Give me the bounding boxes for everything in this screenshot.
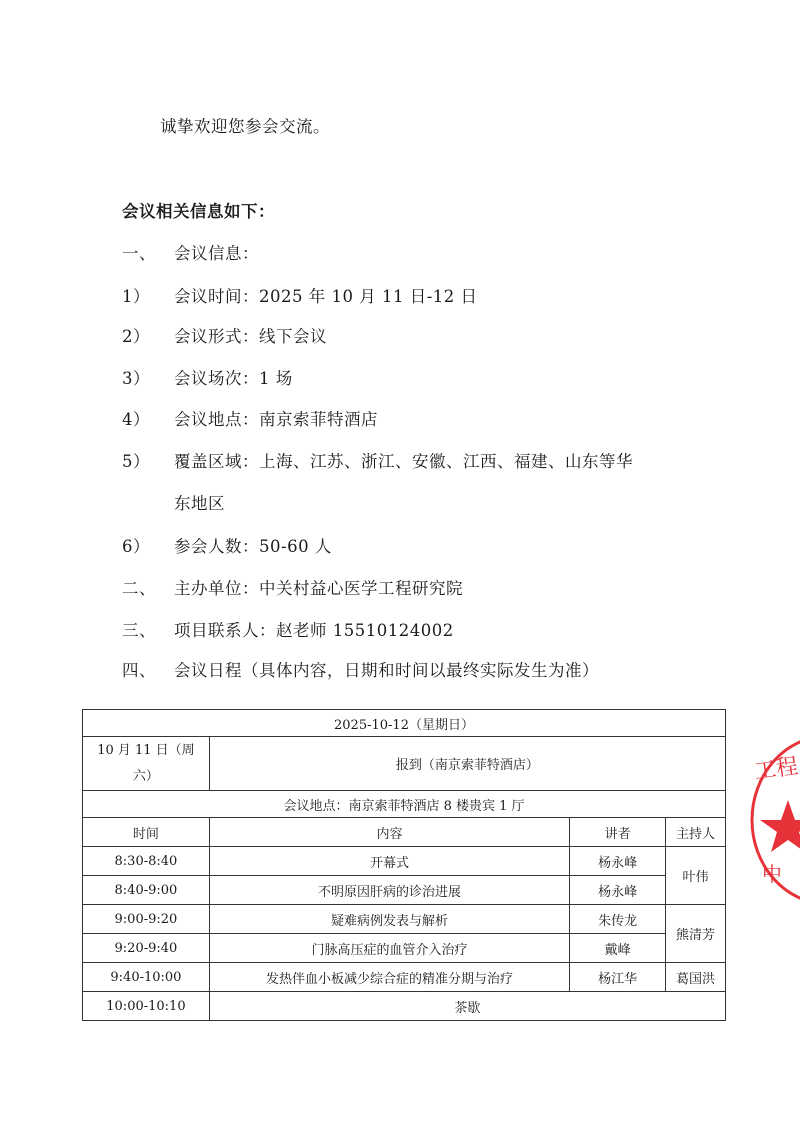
section-1: 一、会议信息： [122, 240, 259, 264]
section-number: 二、 [122, 575, 174, 599]
row-content: 不明原因肝病的诊治进展 [209, 876, 569, 905]
section-text: 会议日程（具体内容，日期和时间以最终实际发生为准） [174, 661, 599, 680]
section-2: 二、主办单位：中关村益心医学工程研究院 [122, 575, 463, 599]
row-content: 开幕式 [209, 847, 569, 876]
row-time: 9:20-9:40 [83, 934, 210, 963]
table-row: 8:40-9:00 不明原因肝病的诊治进展 杨永峰 [83, 876, 726, 905]
item-text: 参会人数：50-60 人 [174, 537, 332, 556]
column-header-speaker: 讲者 [570, 818, 666, 847]
info-item-5: 5）覆盖区域：上海、江苏、浙江、安徽、江西、福建、山东等华 [122, 448, 633, 472]
table-row: 9:20-9:40 门脉高压症的血管介入治疗 戴峰 [83, 934, 726, 963]
row-host: 葛国洪 [666, 963, 726, 992]
section-text: 项目联系人：赵老师 15510124002 [174, 621, 454, 640]
item-text: 会议地点：南京索菲特酒店 [174, 410, 378, 429]
schedule-table: 2025-10-12（星期日） 10 月 11 日（周六） 报到（南京索菲特酒店… [82, 709, 726, 1021]
item-text: 覆盖区域：上海、江苏、浙江、安徽、江西、福建、山东等华 [174, 452, 633, 471]
row-speaker: 杨江华 [570, 963, 666, 992]
row-host: 熊清芳 [666, 905, 726, 963]
item-text: 会议形式：线下会议 [174, 327, 327, 346]
item-text: 会议时间：2025 年 10 月 11 日-12 日 [174, 287, 478, 306]
section-3: 三、项目联系人：赵老师 15510124002 [122, 617, 454, 641]
row-time: 8:30-8:40 [83, 847, 210, 876]
row-speaker: 朱传龙 [570, 905, 666, 934]
section-text: 会议信息： [174, 244, 259, 263]
checkin-row: 10 月 11 日（周六） 报到（南京索菲特酒店） [83, 737, 726, 791]
venue-row: 会议地点：南京索菲特酒店 8 楼贵宾 1 厅 [83, 791, 726, 818]
row-speaker: 杨永峰 [570, 876, 666, 905]
item-text: 会议场次：1 场 [174, 369, 293, 388]
row-time: 9:00-9:20 [83, 905, 210, 934]
column-header-time: 时间 [83, 818, 210, 847]
info-item-2: 2）会议形式：线下会议 [122, 323, 327, 347]
column-header-row: 时间 内容 讲者 主持人 [83, 818, 726, 847]
section-number: 一、 [122, 240, 174, 264]
info-item-5-continued: 东地区 [174, 490, 225, 514]
date-header-row: 2025-10-12（星期日） [83, 710, 726, 737]
row-content: 发热伴血小板减少综合症的精准分期与治疗 [209, 963, 569, 992]
star-icon [760, 800, 800, 852]
section-heading: 会议相关信息如下： [122, 198, 275, 222]
row-content: 疑难病例发表与解析 [209, 905, 569, 934]
item-number: 4） [122, 406, 174, 430]
item-number: 6） [122, 533, 174, 557]
info-item-3: 3）会议场次：1 场 [122, 365, 293, 389]
break-row: 10:00-10:10 茶歇 [83, 992, 726, 1021]
item-number: 5） [122, 448, 174, 472]
info-item-6: 6）参会人数：50-60 人 [122, 533, 332, 557]
row-speaker: 杨永峰 [570, 847, 666, 876]
info-item-4: 4）会议地点：南京索菲特酒店 [122, 406, 378, 430]
row-time: 8:40-9:00 [83, 876, 210, 905]
venue: 会议地点：南京索菲特酒店 8 楼贵宾 1 厅 [83, 791, 726, 818]
seal-text-top: 工程 [752, 749, 800, 786]
official-seal: 工程 中 [748, 732, 800, 908]
break-time: 10:00-10:10 [83, 992, 210, 1021]
row-speaker: 戴峰 [570, 934, 666, 963]
table-row: 9:40-10:00 发热伴血小板减少综合症的精准分期与治疗 杨江华 葛国洪 [83, 963, 726, 992]
item-number: 3） [122, 365, 174, 389]
section-4: 四、会议日程（具体内容，日期和时间以最终实际发生为准） [122, 657, 599, 681]
row-content: 门脉高压症的血管介入治疗 [209, 934, 569, 963]
column-header-host: 主持人 [666, 818, 726, 847]
item-number: 1） [122, 283, 174, 307]
table-row: 9:00-9:20 疑难病例发表与解析 朱传龙 熊清芳 [83, 905, 726, 934]
row-host: 叶伟 [666, 847, 726, 905]
intro-line: 诚挚欢迎您参会交流。 [160, 113, 330, 137]
column-header-content: 内容 [209, 818, 569, 847]
section-number: 三、 [122, 617, 174, 641]
info-item-1: 1）会议时间：2025 年 10 月 11 日-12 日 [122, 283, 478, 307]
break-text: 茶歇 [209, 992, 725, 1021]
section-text: 主办单位：中关村益心医学工程研究院 [174, 579, 463, 598]
checkin-text: 报到（南京索菲特酒店） [209, 737, 725, 791]
section-number: 四、 [122, 657, 174, 681]
date-header: 2025-10-12（星期日） [83, 710, 726, 737]
table-row: 8:30-8:40 开幕式 杨永峰 叶伟 [83, 847, 726, 876]
row-time: 9:40-10:00 [83, 963, 210, 992]
seal-text-bottom: 中 [762, 858, 782, 887]
checkin-date: 10 月 11 日（周六） [83, 737, 210, 791]
item-number: 2） [122, 323, 174, 347]
